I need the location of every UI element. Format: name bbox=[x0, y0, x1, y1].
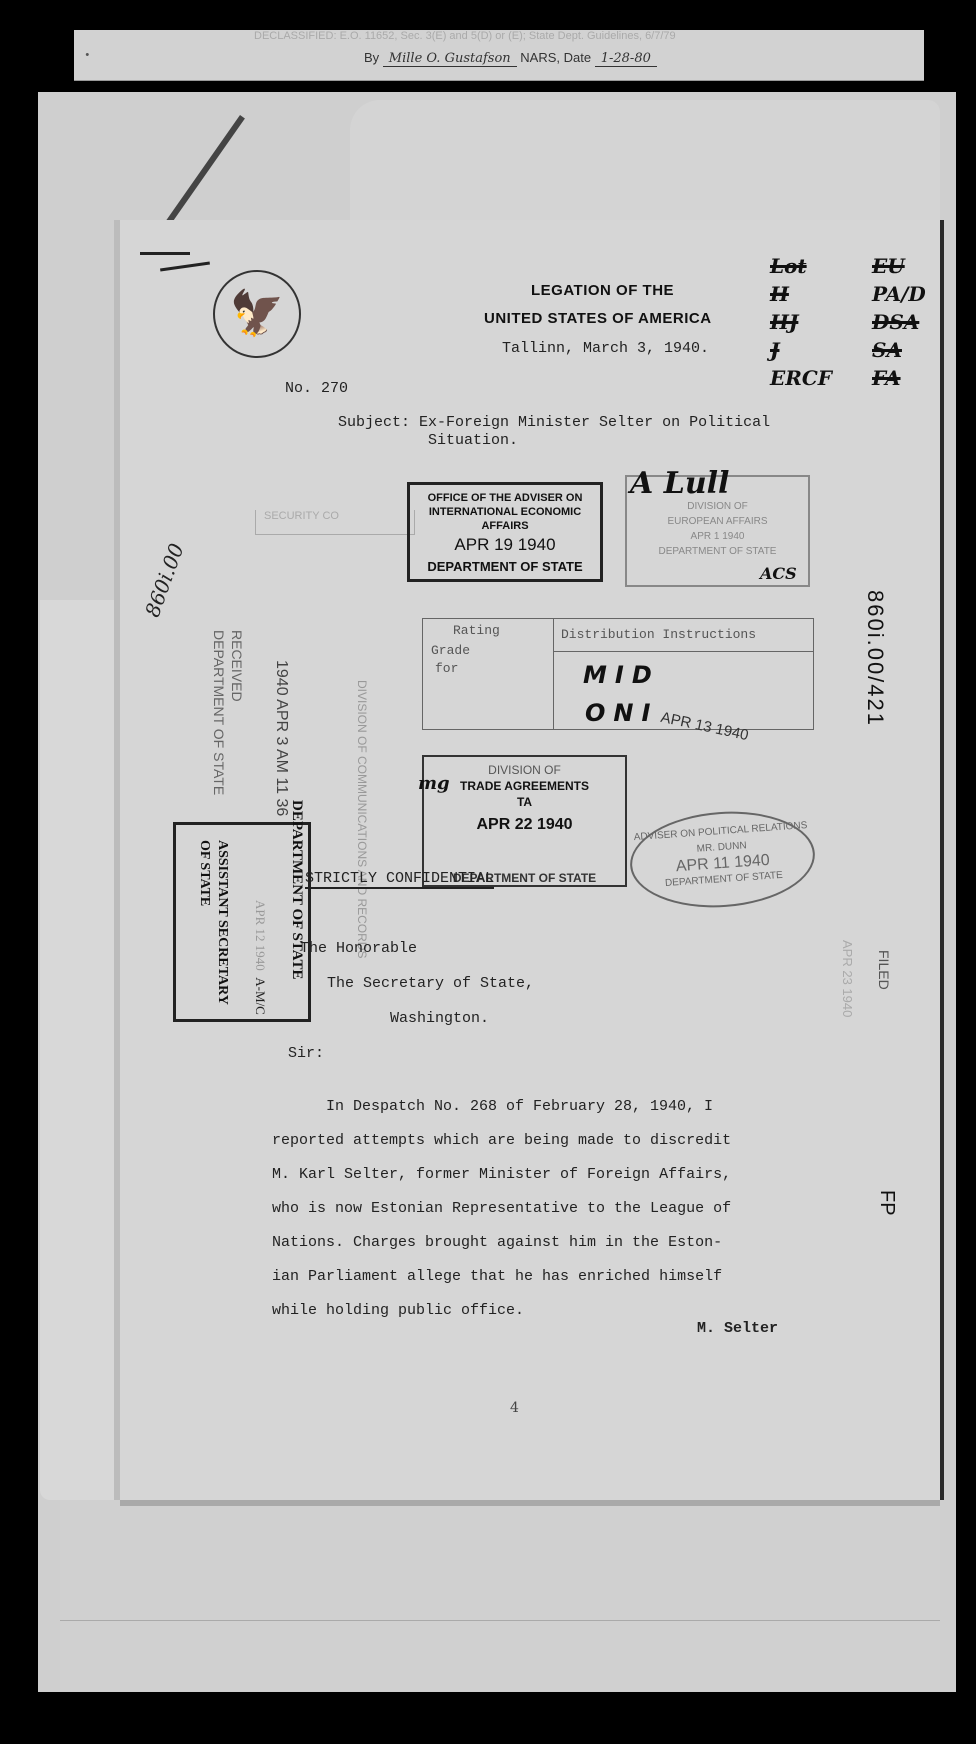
despatch-number: No. 270 bbox=[285, 380, 348, 397]
distribution-mid: MID bbox=[583, 661, 660, 689]
place-date: Tallinn, March 3, 1940. bbox=[502, 340, 709, 357]
subject-line: Subject: Ex-Foreign Minister Selter on P… bbox=[338, 414, 770, 431]
assistant-secretary-stamp: ASSISTANT SECRETARY OF STATE bbox=[195, 840, 231, 1005]
received-stamp: RECEIVED DEPARTMENT OF STATE bbox=[210, 630, 246, 795]
letterhead-line1: LEGATION OF THE bbox=[531, 282, 674, 299]
folder-lower-panel bbox=[60, 1480, 940, 1691]
classification-marking: STRICTLY CONFIDENTIAL bbox=[305, 870, 494, 889]
fp-marking: FP bbox=[875, 1190, 898, 1216]
declassification-strip: • DECLASSIFIED: E.O. 11652, Sec. 3(E) an… bbox=[74, 30, 924, 81]
declassifier-signature: Mille O. Gustafson bbox=[383, 51, 517, 67]
salutation-line3: Washington. bbox=[390, 1010, 489, 1027]
greeting: Sir: bbox=[288, 1045, 324, 1062]
european-affairs-annotation: ACS bbox=[760, 560, 797, 588]
letterhead-line2: UNITED STATES OF AMERICA bbox=[484, 310, 712, 327]
filed-stamp: FILED bbox=[876, 950, 892, 990]
received-date: 1940 APR 3 AM 11 36 bbox=[272, 660, 290, 816]
file-number: 860i.00/421 bbox=[862, 590, 888, 727]
salutation-line1: The Honorable bbox=[300, 940, 417, 957]
underlying-sheet-edge bbox=[40, 600, 125, 1500]
stamp-trade-agreements: DIVISION OF TRADE AGREEMENTS TA APR 22 1… bbox=[422, 755, 627, 887]
margin-heading: M. Selter bbox=[697, 1320, 778, 1337]
page-mark: 4 bbox=[510, 1400, 519, 1416]
communications-records-stamp: DIVISION OF COMMUNICATIONS AND RECORDS bbox=[355, 680, 369, 958]
routing-notes-struck: Lot H HJ J ERCF bbox=[770, 252, 832, 392]
european-affairs-initials: A Lull bbox=[630, 470, 729, 498]
stamp-economic-affairs: OFFICE OF THE ADVISER ON INTERNATIONAL E… bbox=[407, 482, 603, 582]
assistant-secretary-code: APR 12 1940 A-M/C bbox=[252, 900, 268, 1015]
distribution-form: Rating Grade for Distribution Instructio… bbox=[422, 618, 814, 730]
declassification-date: 1-28-80 bbox=[595, 51, 657, 67]
body-paragraph: In Despatch No. 268 of February 28, 1940… bbox=[272, 1090, 832, 1328]
filed-date-stamp: APR 23 1940 bbox=[840, 940, 855, 1017]
declassification-signature-line: By Mille O. Gustafson NARS, Date 1-28-80 bbox=[364, 50, 657, 67]
salutation-line2: The Secretary of State, bbox=[327, 975, 534, 992]
trade-agreements-initials: mg bbox=[418, 770, 450, 798]
routing-notes-right: EU PA/D DSA SA FA bbox=[872, 252, 926, 392]
folder-fold-line bbox=[60, 1620, 940, 1621]
subject-line2: Situation. bbox=[428, 432, 518, 449]
faint-security-stamp: SECURITY CO bbox=[255, 510, 415, 535]
distribution-oni: ONI bbox=[585, 699, 658, 727]
great-seal-icon: 🦅 bbox=[213, 270, 301, 358]
declassification-authority: DECLASSIFIED: E.O. 11652, Sec. 3(E) and … bbox=[254, 30, 676, 42]
folder-tab bbox=[350, 100, 940, 240]
handwritten-tick-marks bbox=[140, 252, 210, 278]
